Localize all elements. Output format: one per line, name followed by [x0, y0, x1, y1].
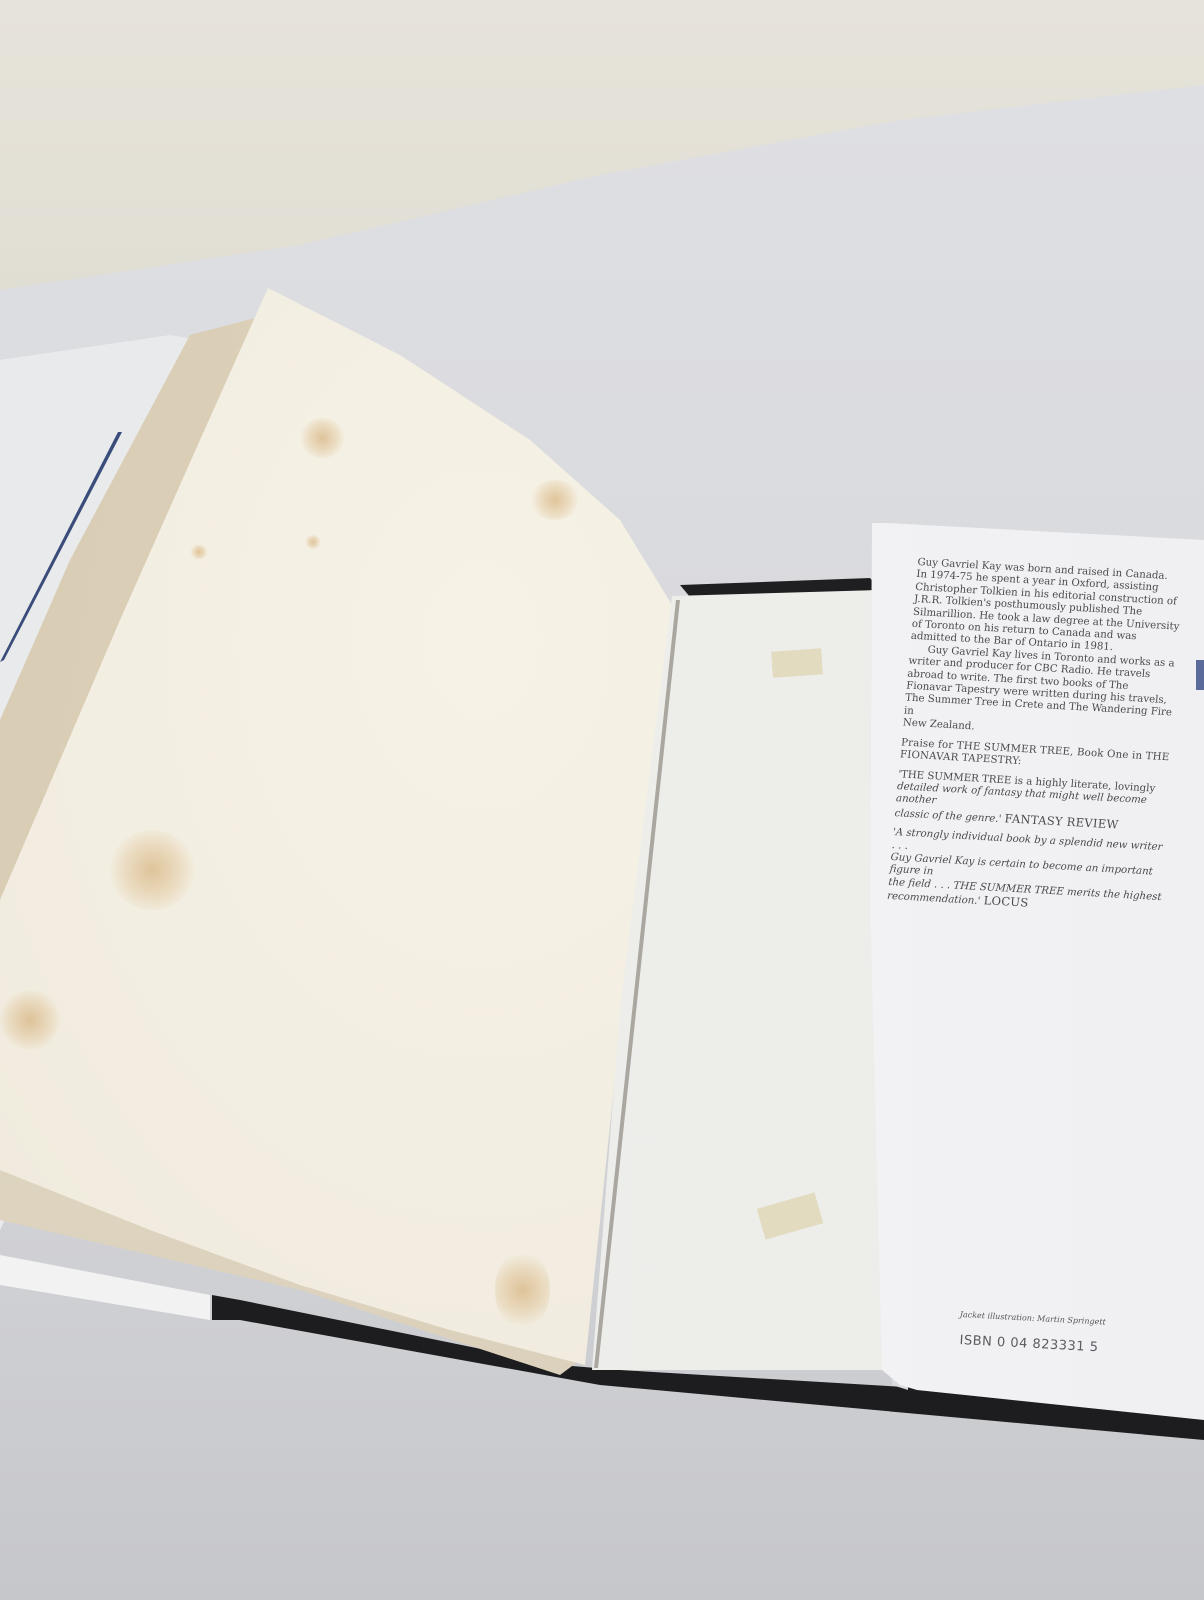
quote1-line: classic of the genre.' — [894, 808, 1002, 825]
foxing-stain — [0, 990, 60, 1050]
foxing-stain — [495, 1250, 550, 1330]
foxing-stain — [110, 830, 195, 910]
jacket-flap-text: Guy Gavriel Kay was born and raised in C… — [886, 557, 1192, 919]
foxing-stain — [300, 418, 345, 458]
foxing-stain — [305, 535, 321, 549]
quote2-source: LOCUS — [983, 893, 1029, 909]
foxing-stain — [190, 545, 208, 559]
tape-residue — [771, 648, 823, 677]
jacket-edge-blue — [1196, 660, 1204, 690]
foxing-stain — [530, 480, 580, 520]
